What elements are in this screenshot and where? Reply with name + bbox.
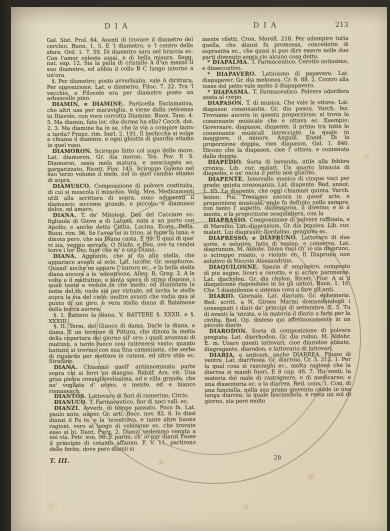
entry-paragraph: DIAMUSCO. Composizione di polvere costit… [48, 184, 195, 214]
entry-paragraph: DIARIO. Giornale. Lat. diarium. Gr. ephe… [204, 294, 351, 330]
entry-headword: DIAMIN, e DIAMINE. [52, 102, 129, 109]
entry-headword: DIAPRESSO, e DIAPRUNO. [208, 235, 301, 242]
entry-paragraph: DIANZI. Avverb. di tempo passato. Poco f… [49, 406, 196, 454]
running-title-right: D I A [195, 20, 335, 30]
entry-headword: DIAMUSCO. [53, 184, 95, 190]
entry-paragraph: DIAPRESSO, e DIAPRUNO. Lattovaro di due … [203, 236, 350, 266]
entry-headword: * DIAPALMA. [207, 60, 251, 66]
photo-backdrop-edge [0, 0, 11, 531]
entry-headword: DIANA. [54, 365, 84, 371]
entry-paragraph: DIAPENTE. Intervallo musico di cinque vo… [203, 177, 350, 219]
entry-paragraph: DIARODON. Sorta di composizione di polve… [204, 329, 351, 353]
entry-headword: * DIAPASMA. [207, 89, 252, 95]
entry-headword: DIANA. [53, 254, 82, 260]
running-title-left: D I A [46, 21, 186, 31]
entry-paragraph: DIANA. Aggiunto, che si da alla stella, … [48, 254, 195, 313]
entry-headword: DIARODON. [209, 329, 252, 335]
book-page: D I A D I A 213 Gal. Sist. Prol. 64. Ava… [11, 7, 387, 531]
entry-paragraph: §. Per diametro; posto avverbialm. vale … [47, 79, 194, 103]
entry-paragraph: DIAQUILONNE. Spezie d' empiastro, compos… [204, 265, 351, 295]
entry-paragraph: mente riletti. Cron. Morell. 218. Per ad… [202, 37, 349, 61]
entry-headword: DIAPRASIO. [208, 218, 249, 224]
entry-paragraph: DIAMORON. Sciroppo fatto col sugo delle … [47, 149, 194, 185]
text-columns: Gal. Sist. Prol. 64. Avanti di trovare i… [47, 37, 352, 454]
entry-headword: DIARIA, [209, 352, 239, 358]
entry-headword: DIARIO. [209, 294, 239, 300]
page-footer: T. III. 28 [50, 455, 352, 465]
page-number: 213 [335, 21, 348, 29]
entry-headword: DIAPENTE. [208, 177, 247, 183]
entry-headword: DIAMORON. [52, 149, 94, 155]
volume-signature: T. III. [50, 456, 196, 465]
entry-headword: * DIAPAVERO. [207, 72, 262, 78]
entry-paragraph: §. II. Term. del Giuoco di dama. Darle l… [49, 324, 196, 366]
column-right: mente riletti. Cron. Morell. 218. Per ad… [202, 37, 351, 453]
entry-paragraph: DIAPRASIO. Composizione di polvere raffi… [203, 218, 350, 237]
entry-headword: DIAPEDIO. [208, 159, 247, 165]
entry-paragraph: DIANA. T. de' Mitologi. Dea del Cacciare… [48, 213, 195, 255]
entry-paragraph: Gal. Sist. Prol. 64. Avanti di trovare i… [47, 38, 194, 80]
entry-paragraph: DIARIA, e anticam. anche DIARREA. Flusso… [204, 353, 351, 407]
entry-headword: DIANA. [53, 213, 81, 219]
entry-headword: DIANZI. [54, 406, 83, 412]
entry-headword: DIAQUILONNE. [209, 264, 263, 270]
entry-paragraph: DIANA. Chiamasi quell' antinnominata par… [49, 365, 196, 395]
entry-paragraph: DIAPASON. T. di musica. Che vale le otta… [203, 101, 350, 160]
column-left: Gal. Sist. Prol. 64. Avanti di trovare i… [47, 38, 196, 454]
running-head: D I A D I A 213 [46, 20, 348, 31]
entry-headword: DIAPASON. [208, 101, 247, 107]
gathering-signature: 28 [205, 455, 351, 464]
page-text-block: D I A D I A 213 Gal. Sist. Prol. 64. Ava… [46, 20, 351, 462]
entry-paragraph: DIAMIN, e DIAMINE. Particella Esclamativ… [47, 102, 194, 150]
entry-paragraph: * DIAPAVERO. Latinismo di papavero. Lat.… [202, 72, 349, 91]
